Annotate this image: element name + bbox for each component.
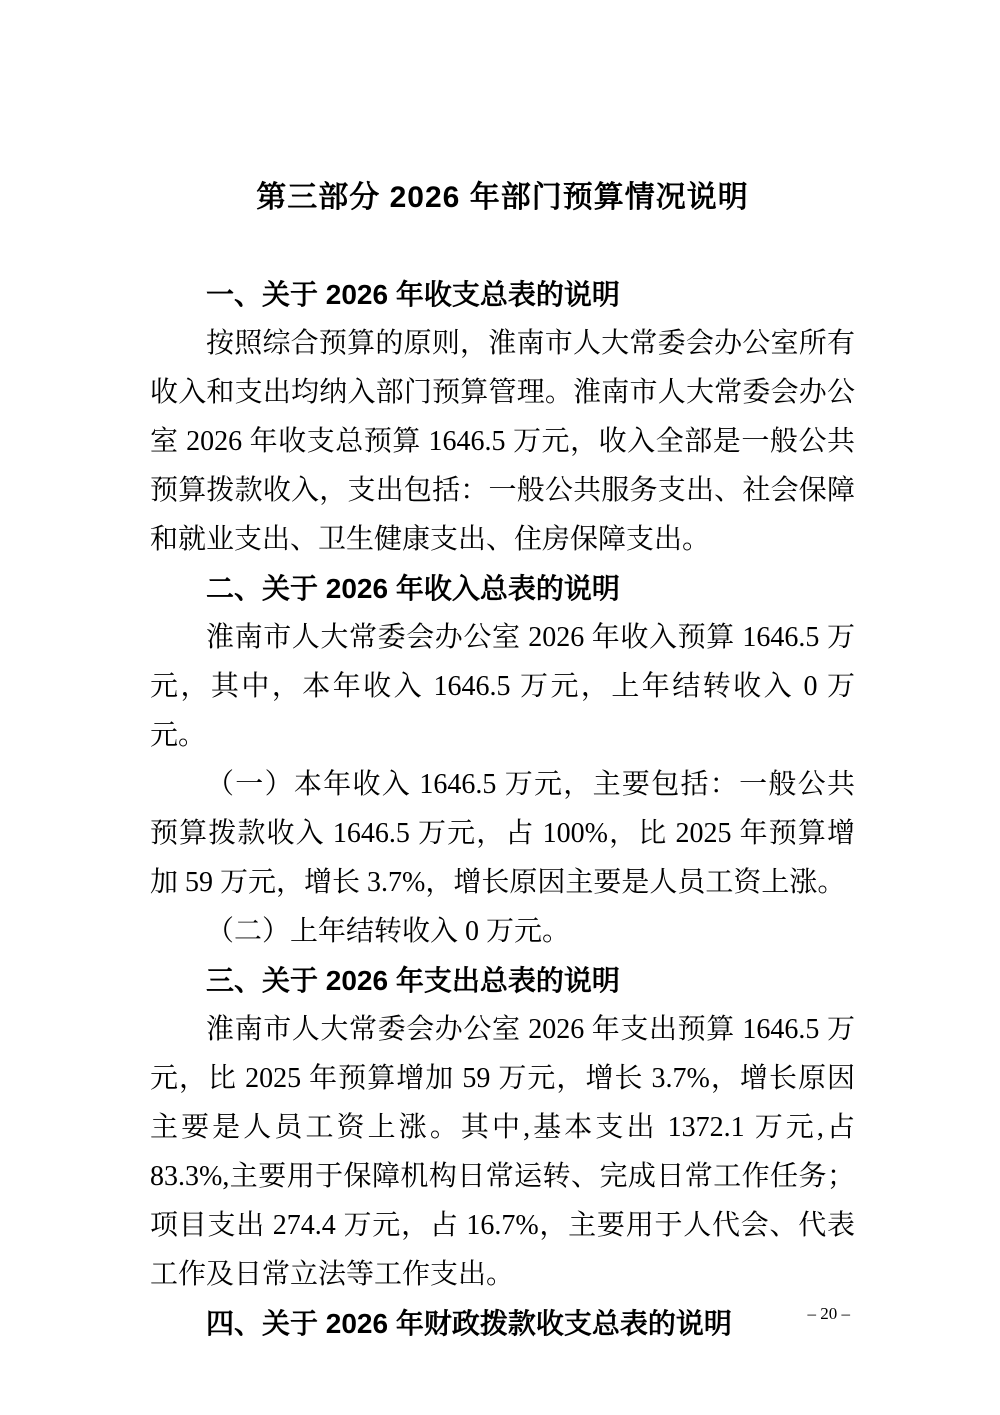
document-title: 第三部分 2026 年部门预算情况说明 — [150, 176, 855, 220]
section-heading: 一、关于 2026 年收支总表的说明 — [150, 270, 855, 319]
paragraph: 按照综合预算的原则，淮南市人大常委会办公室所有收入和支出均纳入部门预算管理。淮南… — [150, 319, 855, 564]
section-heading: 四、关于 2026 年财政拨款收支总表的说明 — [150, 1299, 855, 1348]
section-heading: 二、关于 2026 年收入总表的说明 — [150, 564, 855, 613]
paragraph: 淮南市人大常委会办公室 2026 年收入预算 1646.5 万元，其中，本年收入… — [150, 613, 855, 760]
page-number: – 20 – — [808, 1305, 851, 1323]
paragraph: 淮南市人大常委会办公室 2026 年支出预算 1646.5 万元，比 2025 … — [150, 1005, 855, 1299]
section-heading: 三、关于 2026 年支出总表的说明 — [150, 956, 855, 1005]
paragraph: （一）本年收入 1646.5 万元，主要包括：一般公共预算拨款收入 1646.5… — [150, 760, 855, 907]
document-body: 一、关于 2026 年收支总表的说明按照综合预算的原则，淮南市人大常委会办公室所… — [150, 270, 855, 1348]
content-area: 第三部分 2026 年部门预算情况说明 一、关于 2026 年收支总表的说明按照… — [0, 0, 1000, 1348]
document-page: 第三部分 2026 年部门预算情况说明 一、关于 2026 年收支总表的说明按照… — [0, 0, 1000, 1415]
paragraph: （二）上年结转收入 0 万元。 — [150, 907, 855, 956]
